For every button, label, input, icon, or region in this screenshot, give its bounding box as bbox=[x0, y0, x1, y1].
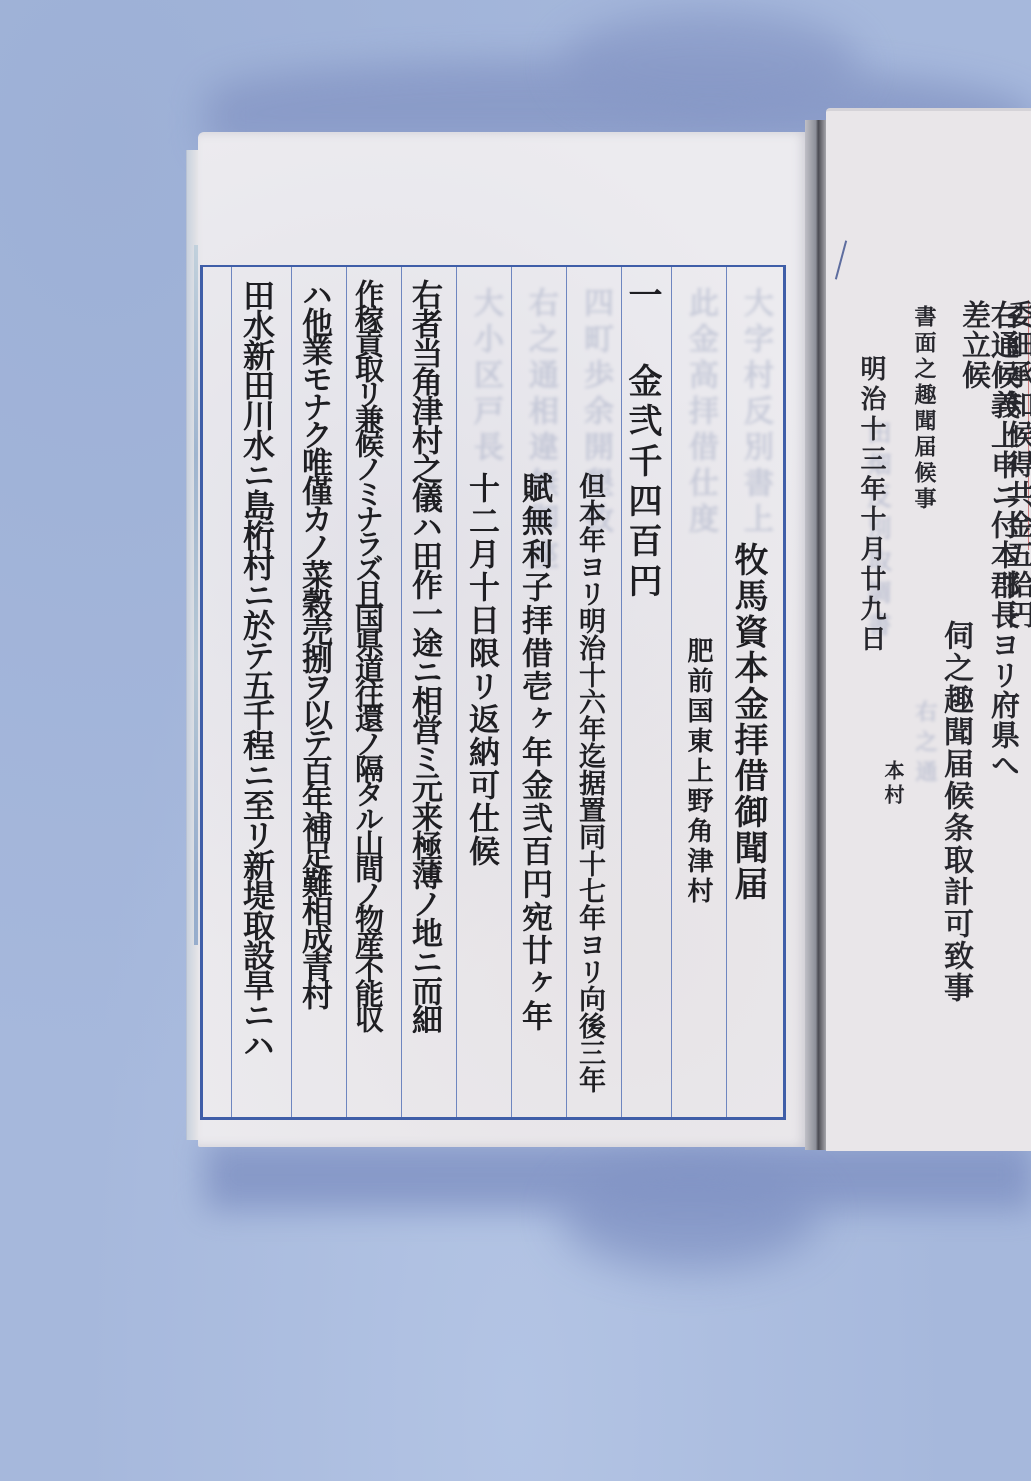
grid-rule bbox=[566, 267, 567, 1117]
terms-column-1: 但本年ヨリ明治十六年迄据置同十七年ヨリ向後三年 bbox=[576, 472, 603, 1302]
book-shadow-top-peak bbox=[560, 10, 860, 120]
body-column-4: 田水新田川水ニ島桁村ニ於テ五千程ニ至リ新堤取設旱ニハ bbox=[241, 279, 273, 1109]
body-column-1: 右者当角津村之儀ハ田作一途ニ相営ミ元来極薄ノ地ニ而細 bbox=[408, 279, 439, 1109]
right-page-column-3: 伺之趣聞届候条取計可致事 bbox=[940, 620, 970, 1100]
title-column: 牧馬資本金拝借御聞届 bbox=[731, 542, 765, 1372]
body-column-3: ハ他業モナク唯僅カノ菜穀売捌ヲ以テ百年補足難相成青村 bbox=[298, 279, 329, 1109]
grid-rule bbox=[231, 267, 232, 1117]
grid-rule bbox=[671, 267, 672, 1117]
grid-rule bbox=[291, 267, 292, 1117]
grid-rule bbox=[456, 267, 457, 1117]
grid-rule bbox=[401, 267, 402, 1117]
grid-rule bbox=[511, 267, 512, 1117]
ruled-grid: 大字村反別書上 此金高拝借仕度 四町歩余開墾致 右之通相違無御座 大小区戸長 牧… bbox=[200, 265, 786, 1120]
date-column: 明治十三年十月廿九日 bbox=[858, 355, 884, 655]
body-column-2: 作稼貢取リ兼候ノミナラズ且国県道往還ノ隔タル山間ノ物産不能収 bbox=[353, 279, 382, 1109]
grid-rule bbox=[726, 267, 727, 1117]
bleed-through-text: 右之通 bbox=[910, 700, 941, 1100]
applicant-village-column: 肥前国東上野角津村 bbox=[685, 637, 711, 1467]
terms-column-3: 十二月十日限リ返納可仕候 bbox=[465, 472, 496, 1302]
grid-rule bbox=[346, 267, 347, 1117]
amount-column: 一 金弐千四百円 bbox=[625, 277, 659, 1107]
signature: 本村 bbox=[883, 760, 903, 820]
terms-column-2: 賦無利子拝借壱ヶ年金弐百円宛廿ヶ年 bbox=[518, 472, 549, 1302]
right-page-column-4: 書面之趣聞届候事 bbox=[913, 305, 935, 685]
